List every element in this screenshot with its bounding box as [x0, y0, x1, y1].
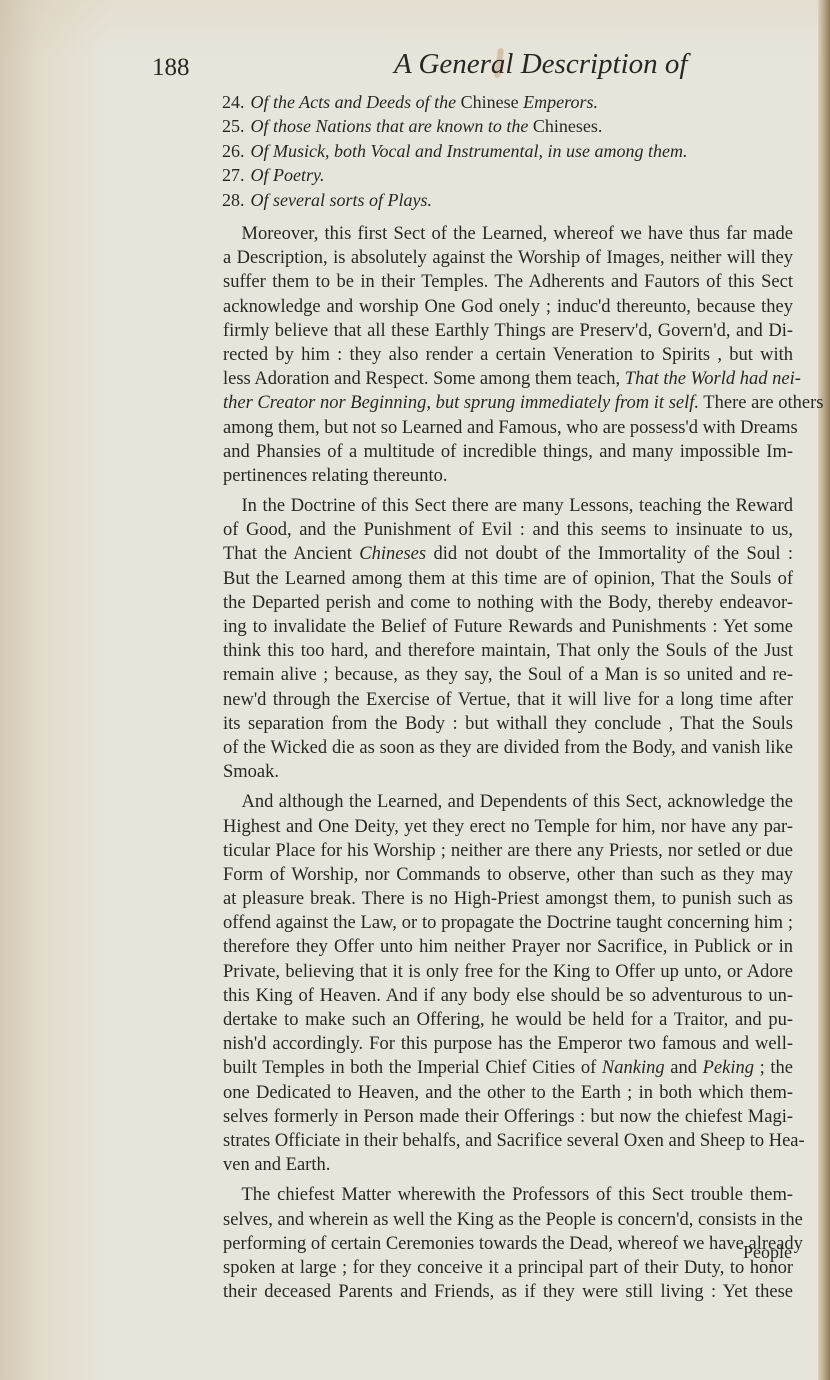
text-line: acknowledge and worship One God onely ; …: [223, 295, 793, 319]
contents-item-text: Chineses.: [533, 116, 603, 136]
contents-item-text: Chinese: [461, 92, 519, 112]
text-line: their deceased Parents and Friends, as i…: [223, 1280, 793, 1304]
contents-item-text: Of Musick, both Vocal and Instrumental, …: [251, 141, 688, 161]
text-line: performing of certain Ceremonies towards…: [223, 1232, 793, 1256]
contents-item: 27.Of Poetry.: [222, 163, 687, 187]
text-line: Private, believing that it is only free …: [223, 960, 793, 984]
text-line: among them, but not so Learned and Famou…: [223, 416, 793, 440]
text-line: at pleasure break. There is no High-Prie…: [223, 887, 793, 911]
text-line: less Adoration and Respect. Some among t…: [223, 367, 793, 391]
text-line: Highest and One Deity, yet they erect no…: [223, 815, 793, 839]
body-text: Moreover, this first Sect of the Learned…: [223, 222, 793, 1304]
text-line: selves formerly in Person made their Off…: [223, 1105, 793, 1129]
contents-item: 24.Of the Acts and Deeds of the Chinese …: [222, 90, 687, 114]
contents-item-number: 24.: [222, 92, 245, 112]
text-line: Form of Worship, nor Commands to observe…: [223, 863, 793, 887]
text-line: offend against the Law, or to propagate …: [223, 911, 793, 935]
paragraph: And although the Learned, and Dependents…: [223, 790, 793, 1177]
page-edge: [818, 0, 830, 1380]
text-line: of the Wicked die as soon as they are di…: [223, 736, 793, 760]
text-line: But the Learned among them at this time …: [223, 567, 793, 591]
text-line: think this too hard, and therefore maint…: [223, 639, 793, 663]
contents-item-number: 26.: [222, 141, 245, 161]
catchword: People: [743, 1242, 792, 1263]
paragraph: In the Doctrine of this Sect there are m…: [223, 494, 793, 784]
text-line: spoken at large ; for they conceive it a…: [223, 1256, 793, 1280]
chapter-contents-list: 24.Of the Acts and Deeds of the Chinese …: [222, 90, 687, 212]
text-line: ven and Earth.: [223, 1153, 793, 1177]
text-line: ing to invalidate the Belief of Future R…: [223, 615, 793, 639]
contents-item: 25.Of those Nations that are known to th…: [222, 114, 687, 138]
contents-item-text: Of several sorts of Plays.: [251, 190, 433, 210]
book-page: 188 A General Description of 24.Of the A…: [0, 0, 830, 1380]
text-line: therefore they Offer unto him neither Pr…: [223, 935, 793, 959]
text-line: the Departed perish and come to nothing …: [223, 591, 793, 615]
page-number: 188: [152, 54, 190, 82]
contents-item-text: Emperors.: [519, 92, 598, 112]
text-line: That the Ancient Chineses did not doubt …: [223, 542, 793, 566]
contents-item-text: Of those Nations that are known to the: [251, 116, 533, 136]
contents-item: 28.Of several sorts of Plays.: [222, 188, 687, 212]
text-line: this King of Heaven. And if any body els…: [223, 984, 793, 1008]
contents-item-text: Of the Acts and Deeds of the: [251, 92, 461, 112]
text-line: new'd through the Exercise of Vertue, th…: [223, 688, 793, 712]
text-line: In the Doctrine of this Sect there are m…: [223, 494, 793, 518]
text-line: strates Officiate in their behalfs, and …: [223, 1129, 793, 1153]
paragraph: The chiefest Matter wherewith the Profes…: [223, 1183, 793, 1304]
text-line: pertinences relating thereunto.: [223, 464, 793, 488]
text-line: ticular Place for his Worship ; neither …: [223, 839, 793, 863]
contents-item-number: 28.: [222, 190, 245, 210]
text-line: Smoak.: [223, 760, 793, 784]
text-line: Moreover, this first Sect of the Learned…: [223, 222, 793, 246]
running-head-title: A General Description of: [394, 48, 687, 81]
text-line: of Good, and the Punishment of Evil : an…: [223, 518, 793, 542]
text-line: its separation from the Body : but witha…: [223, 712, 793, 736]
text-line: nish'd accordingly. For this purpose has…: [223, 1032, 793, 1056]
text-line: a Description, is absolutely against the…: [223, 246, 793, 270]
text-line: built Temples in both the Imperial Chief…: [223, 1056, 793, 1080]
text-line: suffer them to be in their Temples. The …: [223, 270, 793, 294]
text-line: firmly believe that all these Earthly Th…: [223, 319, 793, 343]
text-line: one Dedicated to Heaven, and the other t…: [223, 1081, 793, 1105]
text-line: ther Creator nor Beginning, but sprung i…: [223, 391, 793, 415]
contents-item-text: Of Poetry.: [251, 165, 325, 185]
paragraph: Moreover, this first Sect of the Learned…: [223, 222, 793, 488]
text-line: selves, and wherein as well the King as …: [223, 1208, 793, 1232]
text-line: The chiefest Matter wherewith the Profes…: [223, 1183, 793, 1207]
contents-item-number: 25.: [222, 116, 245, 136]
text-line: rected by him : they also render a certa…: [223, 343, 793, 367]
contents-item: 26.Of Musick, both Vocal and Instrumenta…: [222, 139, 687, 163]
text-line: remain alive ; because, as they say, the…: [223, 663, 793, 687]
contents-item-number: 27.: [222, 165, 245, 185]
text-line: And although the Learned, and Dependents…: [223, 790, 793, 814]
text-line: and Phansies of a multitude of incredibl…: [223, 440, 793, 464]
running-head: 188 A General Description of: [152, 48, 632, 84]
text-line: dertake to make such an Offering, he wou…: [223, 1008, 793, 1032]
